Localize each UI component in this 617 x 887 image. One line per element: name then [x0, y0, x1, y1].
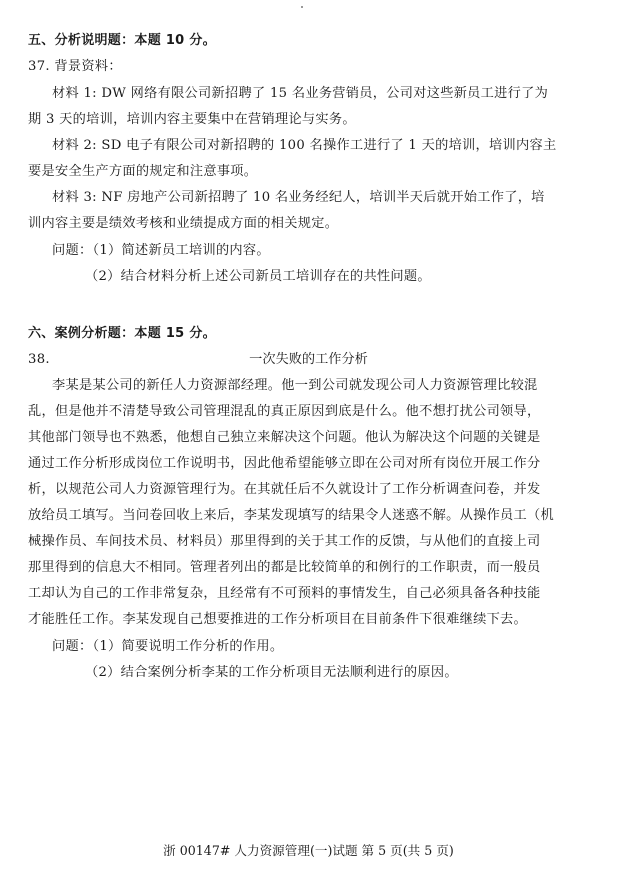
case-line: 放给员工填写。当问卷回收上来后，李某发现填写的结果令人迷惑不解。从操作员工（机: [28, 507, 593, 525]
section6-heading: 六、案例分析题：本题 15 分。: [28, 325, 593, 343]
case-line: 械操作员、车间技术员、材料员）那里得到的关于其工作的反馈，与从他们的直接上司: [28, 533, 593, 551]
section5-heading: 五、分析说明题：本题 10 分。: [28, 32, 593, 50]
material-1-line2: 期 3 天的培训，培训内容主要集中在营销理论与实务。: [28, 111, 593, 129]
case-line: 乱，但是他并不清楚导致公司管理混乱的真正原因到底是什么。他不想打扰公司领导，: [28, 403, 593, 421]
material-2-line2: 要是安全生产方面的规定和注意事项。: [28, 163, 593, 181]
case-line: 析，以规范公司人力资源管理行为。在其就任后不久就设计了工作分析调查问卷，并发: [28, 481, 593, 499]
question-number: 37.: [28, 59, 50, 74]
exam-page: 五、分析说明题：本题 10 分。 37. 背景资料： 材料 1: DW 网络有限…: [0, 0, 617, 887]
page-footer: 浙 00147# 人力资源管理(一)试题 第 5 页(共 5 页): [0, 842, 617, 860]
case-line: 那里得到的信息大不相同。管理者列出的都是比较简单的和例行的工作职责，而一般员: [28, 559, 593, 577]
question-37-header: 37. 背景资料：: [28, 58, 593, 76]
background-label: 背景资料：: [54, 59, 121, 74]
case-line: 工却认为自己的工作非常复杂，且经常有不可预料的事情发生，自己必须具备各种技能: [28, 585, 593, 603]
question-38-1: 问题：（1）简要说明工作分析的作用。: [52, 638, 617, 656]
material-3-line1: 材料 3: NF 房地产公司新招聘了 10 名业务经纪人，培训半天后就开始工作了…: [52, 189, 617, 207]
case-line: 其他部门领导也不熟悉，他想自己独立来解决这个问题。他认为解决这个问题的关键是: [28, 429, 593, 447]
case-title: 一次失败的工作分析: [0, 351, 617, 369]
material-1-line1: 材料 1: DW 网络有限公司新招聘了 15 名业务营销员，公司对这些新员工进行…: [52, 85, 617, 103]
scan-speck: [301, 6, 303, 8]
question-38-2: （2）结合案例分析李某的工作分析项目无法顺利进行的原因。: [85, 664, 617, 682]
question-37-2: （2）结合材料分析上述公司新员工培训存在的共性问题。: [85, 268, 617, 286]
material-2-line1: 材料 2: SD 电子有限公司对新招聘的 100 名操作工进行了 1 天的培训，…: [52, 137, 617, 155]
question-37-1: 问题：（1）简述新员工培训的内容。: [52, 242, 617, 260]
case-line: 才能胜任工作。李某发现自己想要推进的工作分析项目在目前条件下很难继续下去。: [28, 611, 593, 629]
material-3-line2: 训内容主要是绩效考核和业绩提成方面的相关规定。: [28, 215, 593, 233]
case-line: 李某是某公司的新任人力资源部经理。他一到公司就发现公司人力资源管理比较混: [52, 377, 617, 395]
case-line: 通过工作分析形成岗位工作说明书，因此他希望能够立即在公司对所有岗位开展工作分: [28, 455, 593, 473]
